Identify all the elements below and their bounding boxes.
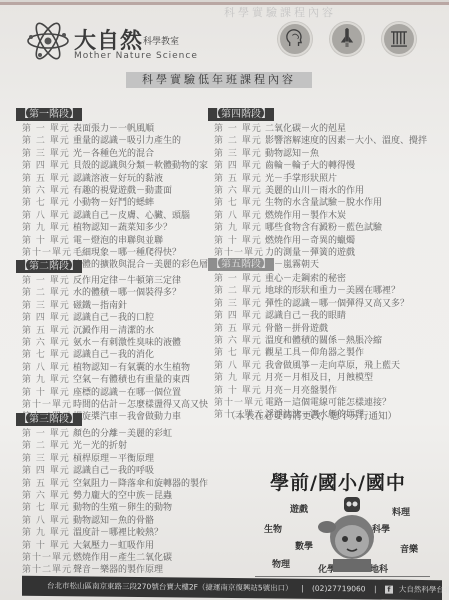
- brain-head-icon: [278, 22, 312, 56]
- unit-row: 第 三 單元動物認知－魚: [208, 148, 427, 160]
- stage-1: 【第一階段】 第 一 單元表面張力－一帆風順 第 二 單元重量的認識－吸引力產生…: [16, 102, 208, 272]
- unit-row: 第 六 單元有趣的視覺遊戲－動畫面: [16, 185, 208, 197]
- unit-row: 第 九 單元植物認知－蔬菜知多少？: [16, 222, 208, 234]
- unit-row: 第 四 單元認識自己－我的眼睛: [208, 310, 409, 322]
- header-icons: [278, 22, 428, 56]
- subject-word: 遊戲: [290, 502, 308, 515]
- divider-line: [255, 576, 430, 577]
- atom-icon: [26, 22, 70, 60]
- unit-row: 第 二 單元地球的形狀和重力－美國在哪裡？: [208, 285, 409, 297]
- unit-row: 第 二 單元影響溶解速度的因素－大小、溫度、攪拌: [208, 135, 427, 147]
- unit-row: 第 六 單元勢力龐大的空中族－昆蟲: [16, 490, 208, 502]
- unit-row: 第 三 單元彈性的認識－哪一個彈得又高又多？: [208, 298, 409, 310]
- brand-name-en: Mother Nature Science: [74, 51, 198, 61]
- unit-row: 第 六 單元氨水－有刺激性臭味的液體: [16, 337, 208, 349]
- stage-label: 【第三階段】: [16, 413, 82, 426]
- facebook-icon: f: [385, 586, 393, 594]
- grade-levels-title: 學前/國小/國中: [270, 468, 406, 495]
- unit-row: 第 五 單元骨骼－拼骨遊戲: [208, 323, 409, 335]
- unit-row: 第 八 單元我會做風箏－走向草原，飛上藍天: [208, 360, 409, 372]
- rocket-icon: [330, 22, 364, 56]
- brand-subtitle: 科學教室: [143, 34, 179, 47]
- unit-row: 第 四 單元認識自己－我的口腔: [16, 312, 208, 324]
- unit-row: 第 十 單元月亮－月亮盤製作: [208, 385, 409, 397]
- unit-row: 第 十 單元大氣壓力－虹吸作用: [16, 540, 208, 552]
- unit-row: 第 七 單元認識自己－我的消化: [16, 349, 208, 361]
- unit-row: 第 七 單元小動物－好鬥的蟋蟀: [16, 197, 208, 209]
- footer-bar: 台北市松山區南京東路三段270號台寶大樓2F（捷運南京復興站5號出口） | (0…: [22, 576, 442, 600]
- flyer-page: 大自然 科學教室 Mother Nature Science 科學實驗課程內容 …: [0, 2, 449, 600]
- stage-3: 【第三階段】 第 一 單元顏色的分離－美麗的彩虹 第 二 單元光－光的折射 第 …: [16, 407, 208, 577]
- unit-row: 第 七 單元觀星工具－仰角器之製作: [208, 347, 409, 359]
- unit-row: 第 六 單元美麗的山川－雨水的作用: [208, 185, 427, 197]
- separator: |: [301, 584, 304, 593]
- unit-row: 第十一單元燃燒作用－產生二氧化碳: [16, 552, 208, 564]
- unit-row: 第 五 單元認識溶液－好玩的黏液: [16, 173, 208, 185]
- test-tubes-icon: [382, 22, 416, 56]
- unit-row: 第 八 單元植物認知－有氣囊的水生植物: [16, 362, 208, 374]
- unit-row: 第 三 單元槓桿原理－平衡原理: [16, 453, 208, 465]
- stage-5: 【第五階段】 第 一 單元重心－走鋼索的秘密 第 二 單元地球的形狀和重力－美國…: [208, 252, 409, 422]
- stage-label: 【第一階段】: [16, 108, 82, 121]
- unit-row: 第 四 單元認識自己－我的呼吸: [16, 465, 208, 477]
- unit-row: 第 一 單元重心－走鋼索的秘密: [208, 273, 409, 285]
- unit-row: 第 五 單元空氣阻力－降落傘和旋轉器的製作: [16, 478, 208, 490]
- unit-row: 第 五 單元沉澱作用－清潔的水: [16, 325, 208, 337]
- unit-row: 第 九 單元空氣－有體積也有重量的東西: [16, 374, 208, 386]
- unit-row: 第 一 單元表面張力－一帆風順: [16, 123, 208, 135]
- unit-row: 第 五 單元光－手掌形狀照片: [208, 173, 427, 185]
- unit-row: 第 十 單元座標的認識－在哪一個位置: [16, 387, 208, 399]
- unit-row: 第 一 單元反作用定律－牛頓第三定律: [16, 275, 208, 287]
- subject-word: 生物: [264, 522, 282, 535]
- unit-row: 第 二 單元光－光的折射: [16, 440, 208, 452]
- stage-label: 【第四階段】: [208, 108, 274, 121]
- subject-word: 料理: [392, 505, 410, 518]
- unit-row: 第 七 單元動物的生殖－卵生的動物: [16, 502, 208, 514]
- unit-row: 第 八 單元認識自己－皮膚、心臟、頭腦: [16, 210, 208, 222]
- phone-number: (02)27719060: [312, 584, 366, 594]
- unit-row: 第 四 單元貝殼的認識與分類－軟體動物的家: [16, 160, 208, 172]
- subject-word: 音樂: [400, 542, 418, 555]
- unit-row: 第 一 單元顏色的分離－美麗的彩虹: [16, 428, 208, 440]
- unit-row: 第 二 單元重量的認識－吸引力產生的: [16, 135, 208, 147]
- address: 台北市松山區南京東路三段270號台寶大樓2F（捷運南京復興站5號出口）: [47, 581, 293, 593]
- unit-row: 第 九 單元月亮－月相及日，月蝕模型: [208, 372, 409, 384]
- unit-row: 第 八 單元燃燒作用－製作木炭: [208, 210, 427, 222]
- unit-row: 第 三 單元光－各種色光的混合: [16, 148, 208, 160]
- unit-row: 第 六 單元溫度和體積的關係－熱脹冷縮: [208, 335, 409, 347]
- unit-row: 第 十 單元電－燈泡的串聯與並聯: [16, 235, 208, 247]
- stage-2: 【第二階段】 第 一 單元反作用定律－牛頓第三定律 第 二 單元水的體積－哪一個…: [16, 254, 208, 424]
- unit-row: 第 九 單元哪些食物含有澱粉－藍色試驗: [208, 222, 427, 234]
- stage-4: 【第四階段】 第 一 單元二氧化碳－火的剋星 第 二 單元影響溶解速度的因素－大…: [208, 102, 427, 272]
- brand-logo: 大自然 科學教室 Mother Nature Science: [26, 20, 206, 62]
- facebook-page-name: 大自然科學台北校: [399, 585, 449, 595]
- unit-row: 第 十 單元燃燒作用－奇異的蠟燭: [208, 235, 427, 247]
- subject-word: 數學: [295, 539, 313, 552]
- unit-row: 第 三 單元磁鐵－指南針: [16, 300, 208, 312]
- unit-row: 第 四 單元齒輪－輪子大的轉得慢: [208, 160, 427, 172]
- unit-row: 第 一 單元二氧化碳－火的剋星: [208, 123, 427, 135]
- unit-row: 第十二單元聲音－樂器的製作原理: [16, 564, 208, 576]
- unit-row: 第 八 單元動物認知－魚的骨骼: [16, 515, 208, 527]
- stage-label: 【第二階段】: [16, 260, 82, 273]
- unit-row: 第 九 單元溫度計－哪裡比較熱？: [16, 527, 208, 539]
- separator: |: [374, 584, 377, 593]
- schedule-change-note: （本表在必要時將更改，恕不另行通知）: [226, 408, 397, 422]
- unit-row: 第 七 單元生物的水含量試驗－脫水作用: [208, 197, 427, 209]
- unit-row: 第 二 單元水的體積－哪一個裝得多？: [16, 287, 208, 299]
- girl-with-owl-illustration: [315, 497, 390, 572]
- page-title: 科學實驗低年班課程內容: [126, 72, 312, 88]
- stage-label: 【第五階段】: [208, 258, 274, 271]
- subject-word: 物理: [272, 557, 290, 570]
